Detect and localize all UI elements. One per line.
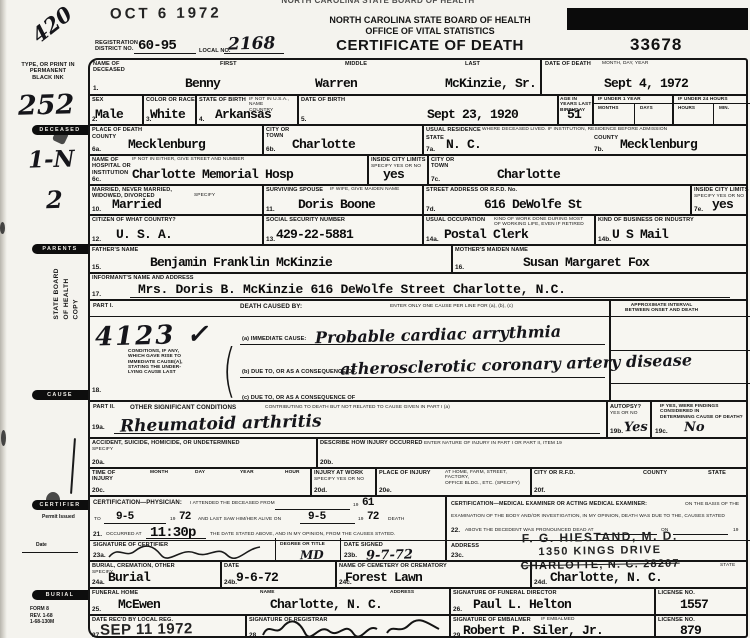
street-label: STREET ADDRESS OR R.F.D. No.: [426, 187, 517, 193]
handwritten-420: 420: [28, 3, 75, 47]
death-city-label: CITY OR TOWN: [266, 127, 289, 140]
burial-date-value: 9-6-72: [236, 571, 278, 584]
cert-num-21: 21.: [93, 531, 102, 538]
margin-tab-certifier: CERTIFIER: [32, 500, 88, 510]
funeral-home-label: FUNERAL HOME: [92, 590, 138, 596]
funeral-home-addr-value: Charlotte, N. C.: [270, 598, 382, 611]
location-num: 24d.: [534, 579, 547, 586]
date-of-birth-value: Sept 23, 1920: [427, 108, 518, 121]
divider: [275, 538, 276, 560]
residence-city-value: Charlotte: [497, 168, 560, 181]
residence-state-label: STATE: [426, 135, 444, 141]
funeral-director-value: Paul L. Helton: [473, 598, 571, 611]
hospital-value: Charlotte Memorial Hosp: [132, 168, 293, 181]
field-injury-state: STATE: [700, 469, 750, 495]
icl2-num: 7e.: [694, 206, 703, 213]
field-state-of-birth: STATE OF BIRTH IF NOT IN U.S.A., NAME CO…: [195, 96, 297, 124]
handwritten-stroke: [70, 438, 76, 494]
icl-value: yes: [383, 168, 404, 181]
to-label: TO: [94, 517, 101, 522]
field-industry: KIND OF BUSINESS OR INDUSTRY 14b. U S Ma…: [594, 216, 750, 244]
icl2-label: INSIDE CITY LIMITS: [694, 187, 750, 193]
industry-num: 14b.: [598, 236, 611, 243]
occurred-rest-label: THE DATE STATED ABOVE, AND IN MY OPINION…: [210, 532, 395, 537]
funeral-home-name-value: McEwen: [118, 598, 160, 611]
registrar-signature: [259, 617, 444, 638]
burial-type-label: BURIAL, CREMATION, OTHER: [92, 563, 175, 569]
field-embalmer-license: LICENSE NO. 879: [654, 616, 750, 638]
residence-city-num: 7c.: [431, 176, 440, 183]
ssn-value: 429-22-5881: [276, 228, 353, 241]
autopsy-num: 19b.: [610, 428, 623, 435]
part2-title: OTHER SIGNIFICANT CONDITIONS: [130, 404, 236, 411]
findings-num: 19c.: [655, 428, 668, 435]
death-county-value: Mecklenburg: [128, 138, 205, 151]
spouse-num: 11.: [266, 206, 275, 213]
residence-header: USUAL RESIDENCE: [426, 127, 481, 133]
form-number: FORM 8 REV. 1-68 1-68-130M: [30, 606, 54, 626]
one-cause-note: ENTER ONLY ONE CAUSE PER LINE FOR (a), (…: [390, 304, 513, 309]
field-certification-physician: CERTIFICATION—PHYSICIAN: I ATTENDED THE …: [90, 497, 445, 560]
field-how-injury: DESCRIBE HOW INJURY OCCURRED ENTER NATUR…: [316, 439, 750, 467]
header-title: CERTIFICATE OF DEATH: [280, 38, 580, 53]
field-sex: SEX 2. Male: [90, 96, 142, 124]
row-burial-3: DATE REC'D BY LOCAL REG. 27. SEP 11 1972…: [90, 614, 746, 638]
min-label: MIN.: [719, 105, 729, 110]
field-ssn: SOCIAL SECURITY NUMBER 13. 429-22-5881: [262, 216, 422, 244]
funeral-director-label: SIGNATURE OF FUNERAL DIRECTOR: [453, 590, 557, 596]
embalmer-sub: IF EMBALMED: [541, 617, 575, 622]
immediate-cause-value: Probable cardiac arrythmia: [315, 324, 561, 346]
citizen-value: U. S. A.: [116, 228, 172, 241]
conditions-brace: (: [223, 341, 237, 399]
field-informant: INFORMANT'S NAME AND ADDRESS 17. Mrs. Do…: [90, 274, 750, 299]
part2-note: CONTRIBUTING TO DEATH BUT NOT RELATED TO…: [265, 405, 450, 410]
spouse-label: SURVIVING SPOUSE: [266, 187, 323, 193]
autopsy-sub: YES OR NO: [610, 411, 638, 416]
place-of-injury-sub: AT HOME, FARM, STREET, FACTORY, OFFICE B…: [445, 470, 530, 486]
field-injury-at-work: INJURY AT WORK SPECIFY YES OR NO 20d.: [310, 469, 375, 495]
margin-tab-parents: PARENTS: [32, 244, 88, 254]
residence-state-num: 7a.: [426, 146, 435, 153]
permit-issued-label: Permit Issued: [42, 514, 75, 521]
icl-label: INSIDE CITY LIMITS: [371, 157, 427, 163]
from-year-value: 61: [362, 498, 374, 509]
months-label: MONTHS: [598, 105, 619, 110]
handwritten-1n: 1-N: [28, 147, 75, 171]
death-city-num: 6b.: [266, 146, 275, 153]
header-board-faint: NORTH CAROLINA STATE BOARD OF HEALTH: [238, 0, 518, 5]
col-middle-label: MIDDLE: [345, 61, 367, 67]
location-value: Charlotte, N. C.: [550, 571, 662, 584]
margin-tab-cause: CAUSE: [32, 390, 88, 400]
residence-city-label: CITY OR TOWN: [431, 157, 454, 170]
field-residence-city: CITY OR TOWN 7c. Charlotte: [427, 156, 750, 184]
redaction-bar: [567, 8, 748, 30]
copy-designation-label: STATE BOARD OF HEALTH COPY: [52, 268, 81, 319]
place-of-death-header: PLACE OF DEATH: [92, 127, 142, 133]
year-19b: 19: [170, 517, 176, 522]
father-value: Benjamin Franklin McKinzie: [150, 256, 332, 269]
place-of-injury-num: 20e.: [379, 487, 392, 494]
injury-at-work-label: INJURY AT WORK: [314, 470, 374, 476]
residence-state-value: N. C.: [446, 138, 481, 151]
certificate-number: 33678: [630, 36, 682, 53]
field-inside-city-limits-res: INSIDE CITY LIMITS SPECIFY YES OR NO 7e.…: [690, 186, 750, 214]
conditions-note: CONDITIONS, IF ANY, WHICH GAVE RISE TO I…: [128, 349, 183, 375]
year-label: YEAR: [240, 470, 254, 475]
place-of-injury-label: PLACE OF INJURY: [379, 470, 431, 476]
registrar-num: 28.: [249, 632, 258, 638]
sex-label: SEX: [92, 97, 104, 103]
divider: [634, 104, 635, 124]
residence-county-num: 7b.: [594, 146, 603, 153]
icl2-value: yes: [712, 198, 733, 211]
marital-value: Married: [112, 198, 161, 211]
alive-date-value: 9-5: [308, 512, 325, 523]
occupation-value: Postal Clerk: [444, 228, 528, 241]
director-license-value: 1557: [680, 598, 708, 611]
cert-examiner-body: EXAMINATION OF THE BODY AND/OR INVESTIGA…: [451, 514, 747, 519]
time-of-injury-label: TIME OF INJURY: [92, 470, 115, 483]
occupation-num: 14a.: [426, 236, 439, 243]
marital-sub: SPECIFY: [194, 193, 215, 198]
state-of-birth-label: STATE OF BIRTH: [199, 97, 246, 103]
part2-label: PART II.: [93, 404, 115, 410]
field-cause-of-death: PART I. DEATH CAUSED BY: ENTER ONLY ONE …: [90, 301, 609, 400]
date-of-death-sub: MONTH, DAY, YEAR: [602, 61, 648, 66]
field-death-city: CITY OR TOWN 6b. Charlotte: [262, 126, 422, 154]
field-injury-county: COUNTY: [635, 469, 700, 495]
state-of-birth-num: 4.: [199, 116, 204, 123]
field-place-of-injury: PLACE OF INJURY AT HOME, FARM, STREET, F…: [375, 469, 530, 495]
time-of-injury-num: 20c.: [92, 487, 105, 494]
injury-city-label: CITY OR R.F.D.: [534, 470, 575, 476]
field-father-name: FATHER'S NAME 15. Benjamin Franklin McKi…: [90, 246, 451, 272]
cert-attended-from-label: I ATTENDED THE DECEASED FROM: [190, 501, 275, 506]
year-19d: 19: [733, 528, 739, 533]
funeral-home-num: 25.: [92, 606, 101, 613]
burial-type-value: Burial: [108, 571, 150, 584]
injury-at-work-num: 20d.: [314, 487, 327, 494]
row-citizen: CITIZEN OF WHAT COUNTRY? 12. U. S. A. SO…: [90, 214, 746, 244]
street-value: 616 DeWolfe St: [484, 198, 582, 211]
field-marital-status: MARRIED, NEVER MARRIED, WIDOWED, DIVORCE…: [90, 186, 262, 214]
field-registrar-signature: SIGNATURE OF REGISTRAR 28.: [245, 616, 449, 638]
field-injury-city: CITY OR R.F.D. 20f.: [530, 469, 635, 495]
field-accident-type: ACCIDENT, SUICIDE, HOMICIDE, OR UNDETERM…: [90, 439, 316, 467]
name-last-value: McKinzie, Sr.: [445, 77, 536, 90]
date-received-stamp: SEP 11 1972: [100, 621, 193, 638]
divider: [340, 538, 341, 560]
death-certificate-scan: NORTH CAROLINA STATE BOARD OF HEALTH OCT…: [0, 0, 750, 638]
residence-county-value: Mecklenburg: [620, 138, 697, 151]
field-embalmer-signature: SIGNATURE OF EMBALMER IF EMBALMED 29. Ro…: [449, 616, 654, 638]
mother-value: Susan Margaret Fox: [523, 256, 649, 269]
state-of-birth-value: Arkansas: [215, 108, 271, 121]
degree-label: DEGREE OR TITLE: [280, 542, 325, 547]
date-of-death-value: Sept 4, 1972: [604, 77, 688, 90]
cert-examiner-title: CERTIFICATION—MEDICAL EXAMINER OR ACTING…: [451, 501, 681, 507]
race-label: COLOR OR RACE: [146, 97, 195, 103]
field-age: AGE IN YEARS LAST BIRTHDAY 51: [557, 96, 592, 124]
row-burial-2: FUNERAL HOME NAME ADDRESS 25. McEwen Cha…: [90, 587, 746, 614]
field-burial-date: DATE 24b. 9-6-72: [220, 562, 335, 587]
year-19a: 19: [353, 503, 359, 508]
to-date-value: 9-5: [116, 512, 133, 523]
last-saw-alive-label: AND LAST SAW HIM/HER ALIVE ON: [198, 517, 281, 522]
interval-column: APPROXIMATE INTERVAL BETWEEN ONSET AND D…: [609, 301, 750, 400]
field-occupation: USUAL OCCUPATION KIND OF WORK DONE DURIN…: [422, 216, 594, 244]
father-num: 15.: [92, 264, 101, 271]
street-num: 7d.: [426, 206, 435, 213]
ssn-num: 13.: [266, 236, 275, 243]
field-race: COLOR OR RACE 3. White: [142, 96, 195, 124]
death-word-label: DEATH: [388, 517, 404, 522]
cause-block: PART I. DEATH CAUSED BY: ENTER ONLY ONE …: [90, 299, 746, 400]
death-county-label: COUNTY: [92, 134, 116, 140]
death-caused-by-label: DEATH CAUSED BY:: [240, 303, 302, 310]
occupation-sub: KIND OF WORK DONE DURING MOST OF WORKING…: [494, 217, 584, 228]
how-injury-sub: ENTER NATURE OF INJURY IN PART I OR PART…: [424, 441, 562, 446]
header-office: OFFICE OF VITAL STATISTICS: [280, 27, 580, 36]
cemetery-value: Forest Lawn: [345, 571, 422, 584]
field-date-of-birth: DATE OF BIRTH 5. Sept 23, 1920: [297, 96, 557, 124]
row-place-residence: PLACE OF DEATH COUNTY 6a. Mecklenburg CI…: [90, 124, 746, 154]
citizen-num: 12.: [92, 236, 101, 243]
cause-code-handwritten: 4123 ✓: [95, 321, 211, 350]
header-board: NORTH CAROLINA STATE BOARD OF HEALTH: [280, 16, 580, 25]
field-surviving-spouse: SURVIVING SPOUSE IF WIFE, GIVE MAIDEN NA…: [262, 186, 422, 214]
burial-type-num: 24a.: [92, 579, 105, 586]
injury-state-label: STATE: [708, 470, 726, 476]
field-inside-city-limits-death: INSIDE CITY LIMITS SPECIFY YES OR NO yes: [367, 156, 427, 184]
field-burial-type: BURIAL, CREMATION, OTHER SPECIFY 24a. Bu…: [90, 562, 220, 587]
registration-district-value: 60-95: [138, 39, 176, 53]
field-citizen: CITIZEN OF WHAT COUNTRY? 12. U. S. A.: [90, 216, 262, 244]
how-injury-label: DESCRIBE HOW INJURY OCCURRED: [320, 440, 423, 446]
part1-label: PART I.: [93, 303, 113, 309]
row-injury-1: ACCIDENT, SUICIDE, HOMICIDE, OR UNDETERM…: [90, 437, 746, 467]
cause-num: 18.: [92, 387, 101, 394]
under-1-year-label: IF UNDER 1 YEAR: [598, 97, 641, 103]
cemetery-label: NAME OF CEMETERY OR CREMATORY: [339, 563, 447, 569]
field-findings: IF YES, WERE FINDINGS CONSIDERED IN DETE…: [650, 402, 750, 437]
field-mother-name: MOTHER'S MAIDEN NAME 16. Susan Margaret …: [451, 246, 750, 272]
residence-county-label: COUNTY: [594, 135, 618, 141]
father-label: FATHER'S NAME: [92, 247, 138, 253]
industry-value: U S Mail: [612, 228, 668, 241]
funeral-director-num: 26.: [453, 606, 462, 613]
divider: [713, 104, 714, 124]
injury-county-label: COUNTY: [643, 470, 667, 476]
margin-tab-burial: BURIAL: [32, 590, 88, 600]
field-other-conditions: PART II. OTHER SIGNIFICANT CONDITIONS CO…: [90, 402, 606, 437]
sig-num-23a: 23a.: [93, 552, 106, 559]
under-24-hours-label: IF UNDER 24 HOURS: [678, 97, 728, 103]
date-of-death-label: DATE OF DEATH: [545, 61, 591, 67]
sex-value: Male: [95, 108, 123, 121]
row-hospital: NAME OF HOSPITAL OR INSTITUTION IF NOT I…: [90, 154, 746, 184]
col-last-label: LAST: [465, 61, 480, 67]
accident-num: 20a.: [92, 459, 105, 466]
burial-date-label: DATE: [224, 563, 239, 569]
ssn-label: SOCIAL SECURITY NUMBER: [266, 217, 345, 223]
funeral-home-name-col: NAME: [260, 590, 275, 595]
field-autopsy: AUTOPSY? YES OR NO 19b. Yes: [606, 402, 650, 437]
field-street-address: STREET ADDRESS OR R.F.D. No. 7d. 616 DeW…: [422, 186, 690, 214]
date-signed-num: 23b.: [344, 552, 357, 559]
field-name-of-deceased: NAME OF DECEASED 1. FIRST MIDDLE LAST Be…: [90, 60, 540, 94]
cert-examiner-side: ON THE BASIS OF THE: [685, 502, 739, 507]
spouse-value: Doris Boone: [298, 198, 375, 211]
handwritten-2: 2: [46, 188, 63, 212]
scan-artifact: [0, 222, 5, 234]
alive-year-value: 72: [367, 512, 379, 523]
race-value: White: [150, 108, 185, 121]
hospital-num: 6c.: [92, 176, 101, 183]
date-of-birth-num: 5.: [301, 116, 306, 123]
embalmer-value: Robert P. Siler, Jr.: [463, 624, 603, 637]
handwritten-252: 252: [18, 91, 75, 119]
day-label: DAY: [195, 470, 205, 475]
embalmer-num: 29.: [453, 632, 462, 638]
registration-district-label: REGISTRATION DISTRICT NO.: [95, 40, 138, 53]
field-date-of-death: DATE OF DEATH MONTH, DAY, YEAR Sept 4, 1…: [540, 60, 750, 94]
row-part2: PART II. OTHER SIGNIFICANT CONDITIONS CO…: [90, 400, 746, 437]
field-hospital: NAME OF HOSPITAL OR INSTITUTION IF NOT I…: [90, 156, 367, 184]
findings-label: IF YES, WERE FINDINGS CONSIDERED IN DETE…: [660, 404, 750, 420]
funeral-home-addr-col: ADDRESS: [390, 590, 414, 595]
occupation-label: USUAL OCCUPATION: [426, 217, 485, 223]
col-first-label: FIRST: [220, 61, 237, 67]
embalmer-license-value: 879: [680, 624, 701, 637]
name-num: 1.: [93, 85, 98, 92]
year-19c: 19: [358, 517, 364, 522]
industry-label: KIND OF BUSINESS OR INDUSTRY: [598, 217, 694, 223]
certifier-address-stamp: F. G. HIESTAND, M. D. 1350 KINGS DRIVE C…: [470, 529, 731, 574]
field-funeral-home: FUNERAL HOME NAME ADDRESS 25. McEwen Cha…: [90, 589, 449, 614]
mother-label: MOTHER'S MAIDEN NAME: [455, 247, 528, 253]
hospital-label: NAME OF HOSPITAL OR INSTITUTION: [92, 157, 131, 176]
field-if-under-24-hours: IF UNDER 24 HOURS HOURS MIN.: [672, 96, 750, 124]
marital-num: 10.: [92, 206, 101, 213]
date-label: Date: [36, 542, 47, 549]
informant-label: INFORMANT'S NAME AND ADDRESS: [92, 275, 194, 281]
informant-value: Mrs. Doris B. McKinzie 616 DeWolfe Stree…: [138, 283, 566, 296]
field-death-county: PLACE OF DEATH COUNTY 6a. Mecklenburg: [90, 126, 262, 154]
due-to-b-label: (b) DUE TO, OR AS A CONSEQUENCE OF: [242, 369, 356, 375]
received-date-stamp: OCT 6 1972: [110, 6, 222, 22]
field-funeral-director: SIGNATURE OF FUNERAL DIRECTOR 26. Paul L…: [449, 589, 654, 614]
hospital-sub: IF NOT IN EITHER, GIVE STREET AND NUMBER: [132, 157, 244, 162]
hours-label: HOURS: [678, 105, 695, 110]
row-name: NAME OF DECEASED 1. FIRST MIDDLE LAST Be…: [90, 60, 746, 94]
row-marital: MARRIED, NEVER MARRIED, WIDOWED, DIVORCE…: [90, 184, 746, 214]
hour-label: HOUR: [285, 470, 300, 475]
field-residence-county: COUNTY 7b. Mecklenburg: [562, 126, 750, 154]
cert-num-22: 22.: [451, 527, 460, 534]
row-informant: INFORMANT'S NAME AND ADDRESS 17. Mrs. Do…: [90, 272, 746, 299]
date-of-birth-label: DATE OF BIRTH: [301, 97, 345, 103]
spouse-sub: IF WIFE, GIVE MAIDEN NAME: [330, 187, 399, 192]
field-date-received: DATE REC'D BY LOCAL REG. 27. SEP 11 1972: [90, 616, 245, 638]
autopsy-value: Yes: [624, 421, 648, 435]
month-label: MONTH: [150, 470, 168, 475]
informant-num: 17.: [92, 291, 101, 298]
type-print-note: TYPE, OR PRINT IN PERMANENT BLACK INK: [18, 62, 78, 81]
name-label: NAME OF DECEASED: [93, 61, 125, 74]
accident-sub: SPECIFY: [92, 447, 113, 452]
margin-tab-deceased: DECEASED: [32, 125, 88, 135]
death-county-num: 6a.: [92, 146, 101, 153]
accident-label: ACCIDENT, SUICIDE, HOMICIDE, OR UNDETERM…: [92, 440, 240, 446]
scan-edge-artifact: [0, 0, 7, 638]
age-value: 51: [567, 108, 581, 121]
scan-artifact: [1, 430, 6, 446]
field-residence-state: USUAL RESIDENCE WHERE DECEASED LIVED. IF…: [422, 126, 562, 154]
to-year-value: 72: [179, 512, 191, 523]
field-time-of-injury: TIME OF INJURY MONTH DAY YEAR HOUR 20c.: [90, 469, 310, 495]
citizen-label: CITIZEN OF WHAT COUNTRY?: [92, 217, 176, 223]
row-parents: FATHER'S NAME 15. Benjamin Franklin McKi…: [90, 244, 746, 272]
autopsy-label: AUTOPSY?: [610, 404, 652, 410]
field-director-license: LICENSE NO. 1557: [654, 589, 750, 614]
field-if-under-1-year: IF UNDER 1 YEAR MONTHS DAYS: [592, 96, 672, 124]
local-no-value: 2168: [228, 35, 276, 53]
findings-value: No: [684, 421, 705, 435]
occurred-at-label: OCCURRED AT: [106, 532, 142, 537]
interval-label: APPROXIMATE INTERVAL BETWEEN ONSET AND D…: [625, 303, 698, 314]
name-first-value: Benny: [185, 77, 220, 90]
row-injury-2: TIME OF INJURY MONTH DAY YEAR HOUR 20c. …: [90, 467, 746, 495]
part2-num: 19a.: [92, 424, 105, 431]
death-city-value: Charlotte: [292, 138, 355, 151]
how-injury-num: 20b.: [320, 459, 333, 466]
days-label: DAYS: [640, 105, 653, 110]
name-middle-value: Warren: [315, 77, 357, 90]
immediate-cause-label: (a) IMMEDIATE CAUSE:: [242, 336, 306, 342]
cert-physician-title: CERTIFICATION—PHYSICIAN:: [93, 500, 182, 507]
injury-city-num: 20f.: [534, 487, 545, 494]
mother-num: 16.: [455, 264, 464, 271]
address-num-23c: 23c.: [451, 552, 464, 559]
director-license-label: LICENSE NO.: [658, 590, 695, 596]
injury-at-work-sub: SPECIFY YES OR NO: [314, 477, 364, 482]
stamp-line-2: 1350 KINGS DRIVE: [470, 544, 730, 560]
row-sex-race-birth: SEX 2. Male COLOR OR RACE 3. White STATE…: [90, 94, 746, 124]
certifier-signature: [105, 543, 265, 561]
